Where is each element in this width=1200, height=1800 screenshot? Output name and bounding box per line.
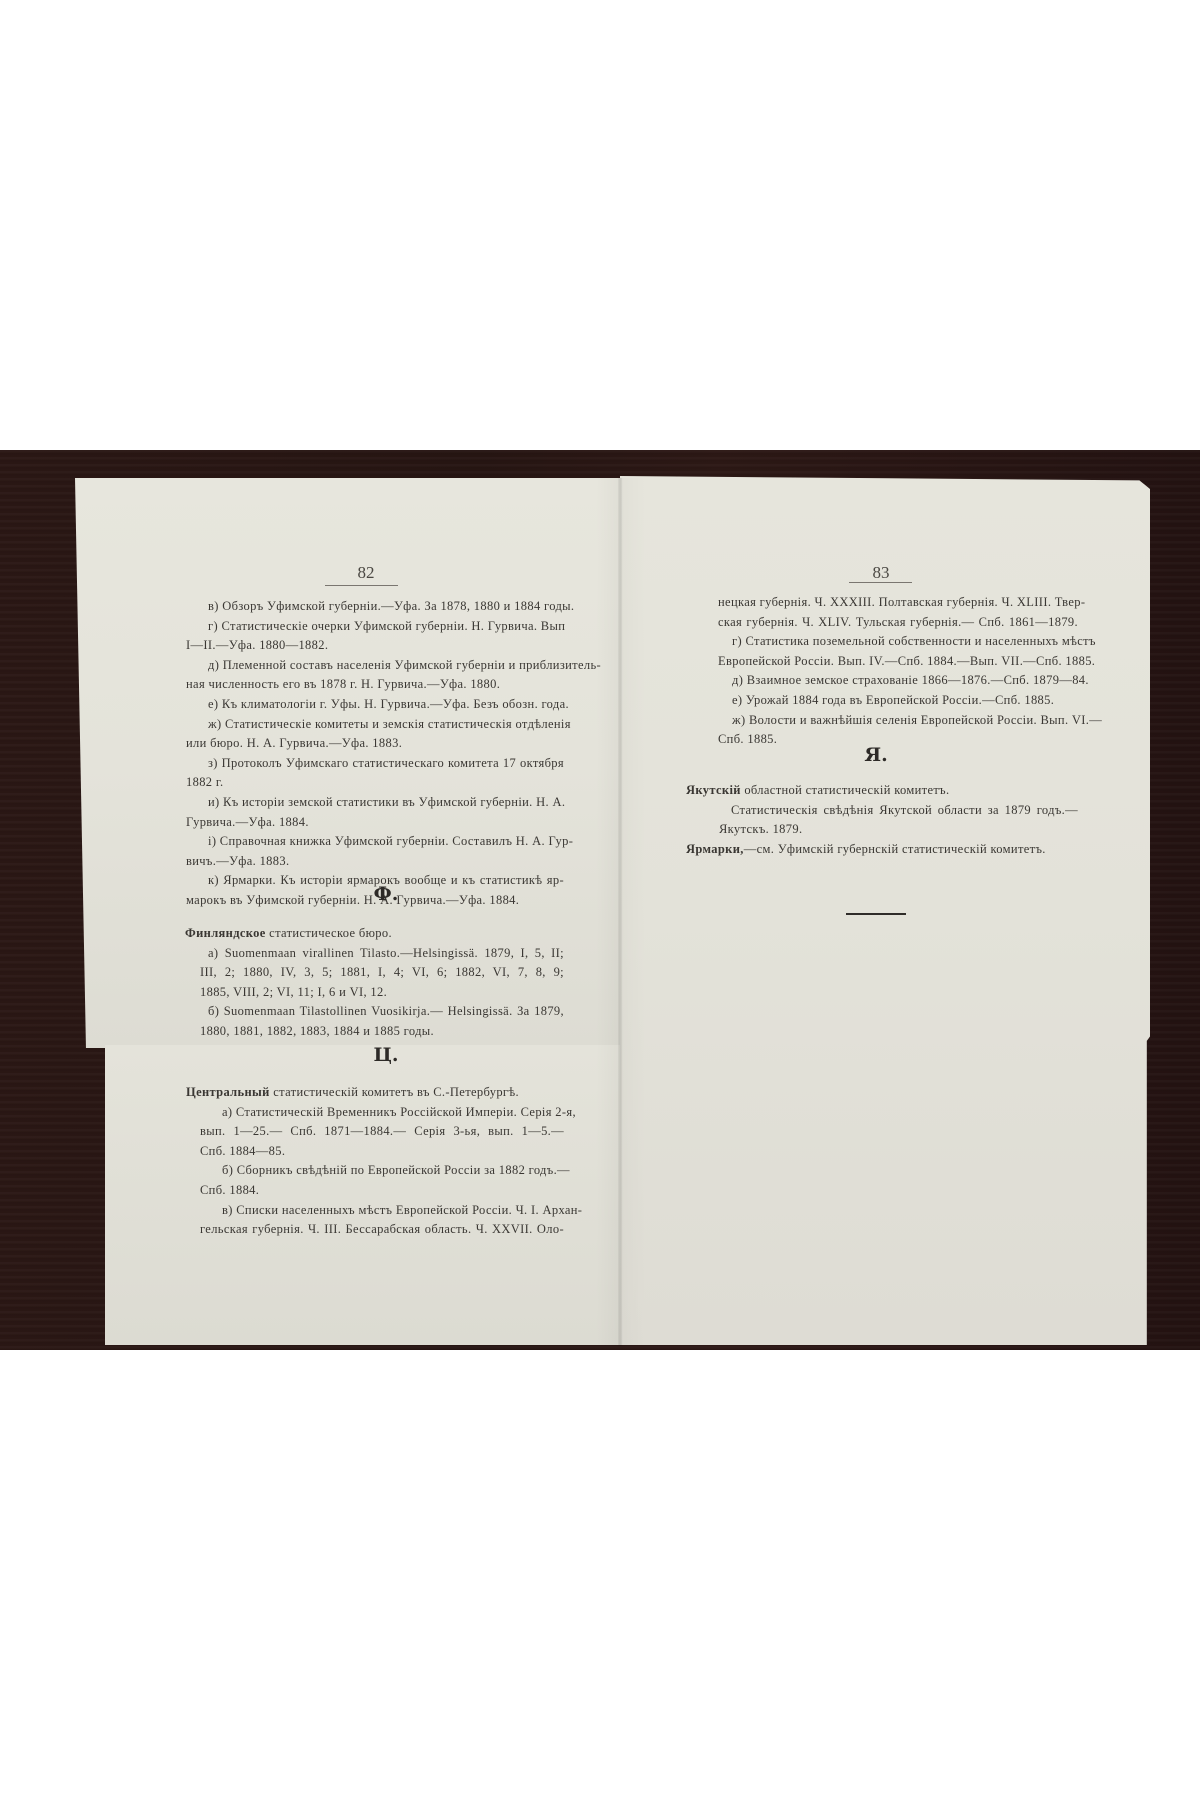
entry-line: е) Урожай 1884 года въ Европейской Россі… bbox=[718, 691, 1078, 711]
section-ya-entries: Якутскій областной статистическій комите… bbox=[686, 781, 1078, 859]
section-heading: Центральный статистическій комитетъ въ С… bbox=[186, 1083, 564, 1103]
section-ts-entries: Центральный статистическій комитетъ въ С… bbox=[186, 1083, 564, 1240]
entry-line: или бюро. Н. А. Гурвича.—Уфа. 1883. bbox=[186, 734, 564, 754]
section-letter-ts: Ц. bbox=[356, 1044, 416, 1066]
entry-line: Статистическія свѣдѣнія Якутской области… bbox=[686, 801, 1078, 821]
entry-line: вичъ.—Уфа. 1883. bbox=[186, 852, 564, 872]
entry-line: а) Статистическій Временникъ Россійской … bbox=[186, 1103, 564, 1123]
entry-line: д) Племенной составъ населенія Уфимской … bbox=[186, 656, 564, 676]
entry-line: Якутскъ. 1879. bbox=[686, 820, 1078, 840]
entry-line: ная численность его въ 1878 г. Н. Гурвич… bbox=[186, 675, 564, 695]
entry-line: и) Къ исторіи земской статистики въ Уфим… bbox=[186, 793, 564, 813]
entry-line: I—II.—Уфа. 1880—1882. bbox=[186, 636, 564, 656]
page-number-left: 82 bbox=[326, 563, 406, 583]
left-page-entries-top: в) Обзоръ Уфимской губерніи.—Уфа. За 187… bbox=[186, 597, 564, 911]
end-rule bbox=[846, 913, 906, 915]
section-letter-ya: Я. bbox=[846, 744, 906, 766]
entry-line: г) Статистика поземельной собственности … bbox=[718, 632, 1078, 652]
page-number-rule-left bbox=[325, 585, 398, 586]
entry-line: 1885, VIII, 2; VI, 11; I, 6 и VI, 12. bbox=[186, 983, 564, 1003]
entry-line: і) Справочная книжка Уфимской губерніи. … bbox=[186, 832, 564, 852]
section-letter-f: Ф. bbox=[356, 883, 416, 905]
page-number-rule-right bbox=[849, 582, 912, 583]
entry-line: гельская губернія. Ч. III. Бессарабская … bbox=[186, 1220, 564, 1240]
right-page-entries-top: нецкая губернія. Ч. XXXIII. Полтавская г… bbox=[718, 593, 1078, 750]
entry-line: Европейской Россіи. Вып. IV.—Спб. 1884.—… bbox=[718, 652, 1078, 672]
entry-line: б) Сборникъ свѣдѣній по Европейской Росс… bbox=[186, 1161, 564, 1181]
entry-line: III, 2; 1880, IV, 3, 5; 1881, I, 4; VI, … bbox=[186, 963, 564, 983]
entry-line: Спб. 1884—85. bbox=[186, 1142, 564, 1162]
section-heading: Финляндское статистическое бюро. bbox=[185, 924, 564, 944]
entry-line: ская губернія. Ч. XLIV. Тульская губерні… bbox=[718, 613, 1078, 633]
entry-line: ж) Волости и важнѣйшія селенія Европейск… bbox=[718, 711, 1078, 731]
entry-line: а) Suomenmaan virallinen Tilasto.—Helsin… bbox=[186, 944, 564, 964]
cross-reference: Ярмарки,—см. Уфимскій губернскій статист… bbox=[686, 840, 1078, 860]
entry-line: б) Suomenmaan Tilastollinen Vuosikirja.—… bbox=[186, 1002, 564, 1022]
entry-line: г) Статистическіе очерки Уфимской губерн… bbox=[186, 617, 564, 637]
entry-line: 1882 г. bbox=[186, 773, 564, 793]
entry-line: в) Обзоръ Уфимской губерніи.—Уфа. За 187… bbox=[186, 597, 564, 617]
entry-line: вып. 1—25.— Спб. 1871—1884.— Серія 3-ья,… bbox=[186, 1122, 564, 1142]
section-heading: Якутскій областной статистическій комите… bbox=[686, 781, 1078, 801]
entry-line: ж) Статистическіе комитеты и земскія ста… bbox=[186, 715, 564, 735]
entry-line: нецкая губернія. Ч. XXXIII. Полтавская г… bbox=[718, 593, 1078, 613]
entry-line: е) Къ климатологіи г. Уфы. Н. Гурвича.—У… bbox=[186, 695, 564, 715]
section-f-entries: Финляндское статистическое бюро. а) Suom… bbox=[186, 924, 564, 1042]
book-spine bbox=[618, 478, 622, 1346]
entry-line: з) Протоколъ Уфимскаго статистическаго к… bbox=[186, 754, 564, 774]
entry-line: Гурвича.—Уфа. 1884. bbox=[186, 813, 564, 833]
entry-line: в) Списки населенныхъ мѣстъ Европейской … bbox=[186, 1201, 564, 1221]
entry-line: д) Взаимное земское страхованіе 1866—187… bbox=[718, 671, 1078, 691]
page-number-right: 83 bbox=[841, 563, 921, 583]
entry-line: 1880, 1881, 1882, 1883, 1884 и 1885 годы… bbox=[186, 1022, 564, 1042]
entry-line: Спб. 1884. bbox=[186, 1181, 564, 1201]
